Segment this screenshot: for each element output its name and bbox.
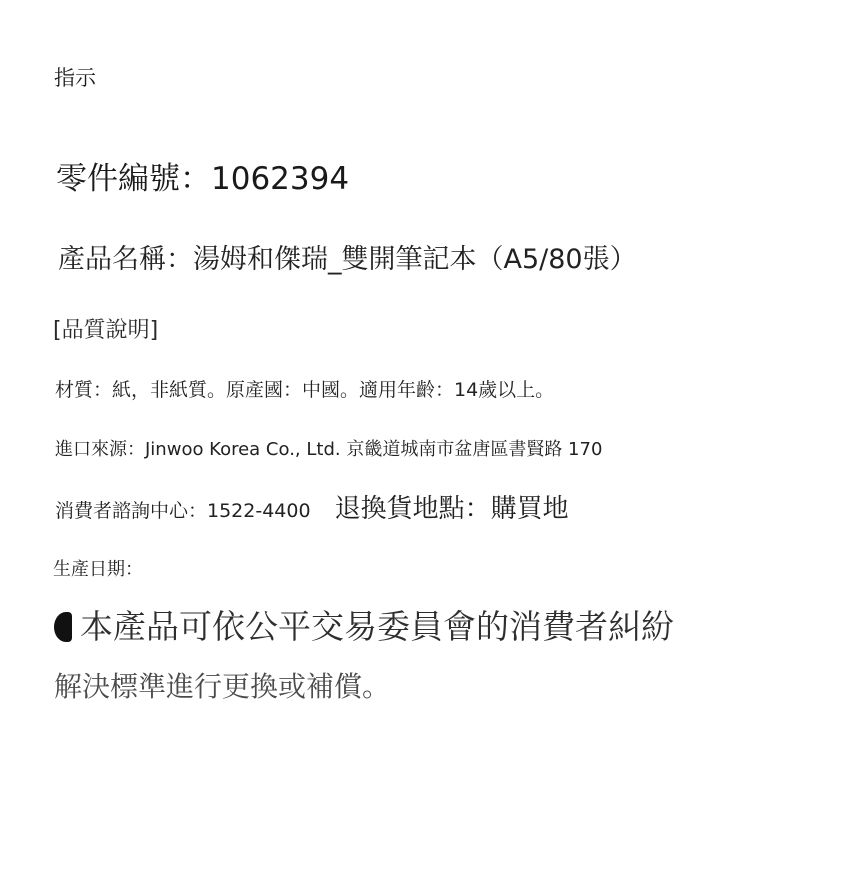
- production-date: 生產日期：: [53, 561, 143, 579]
- product-name: 產品名稱：湯姆和傑瑞_雙開筆記本（A5/80張）: [58, 246, 637, 273]
- notice-line-2: 解決標準進行更換或補償。: [54, 673, 390, 701]
- consumer-center: 消費者諮詢中心：1522-4400: [55, 502, 311, 521]
- material-origin-age: 材質：紙，非紙質。原產國：中國。適用年齡：14歲以上。: [55, 381, 554, 400]
- notice-text-1: 本產品可依公平交易委員會的消費者糾紛: [80, 610, 674, 643]
- importer-info: 進口來源：Jinwoo Korea Co., Ltd. 京畿道城南市盆唐區書賢路…: [55, 441, 602, 459]
- exchange-location: 退換貨地點：購買地: [335, 496, 569, 522]
- quality-section-title: [品質說明]: [53, 320, 158, 342]
- hint-label: 指示: [54, 68, 96, 89]
- notice-line-1: 本產品可依公平交易委員會的消費者糾紛: [54, 610, 674, 643]
- half-circle-bullet-icon: [54, 612, 72, 642]
- consumer-info-row: 消費者諮詢中心：1522-4400 退換貨地點：購買地: [55, 496, 569, 522]
- part-number: 零件編號：1062394: [56, 164, 349, 195]
